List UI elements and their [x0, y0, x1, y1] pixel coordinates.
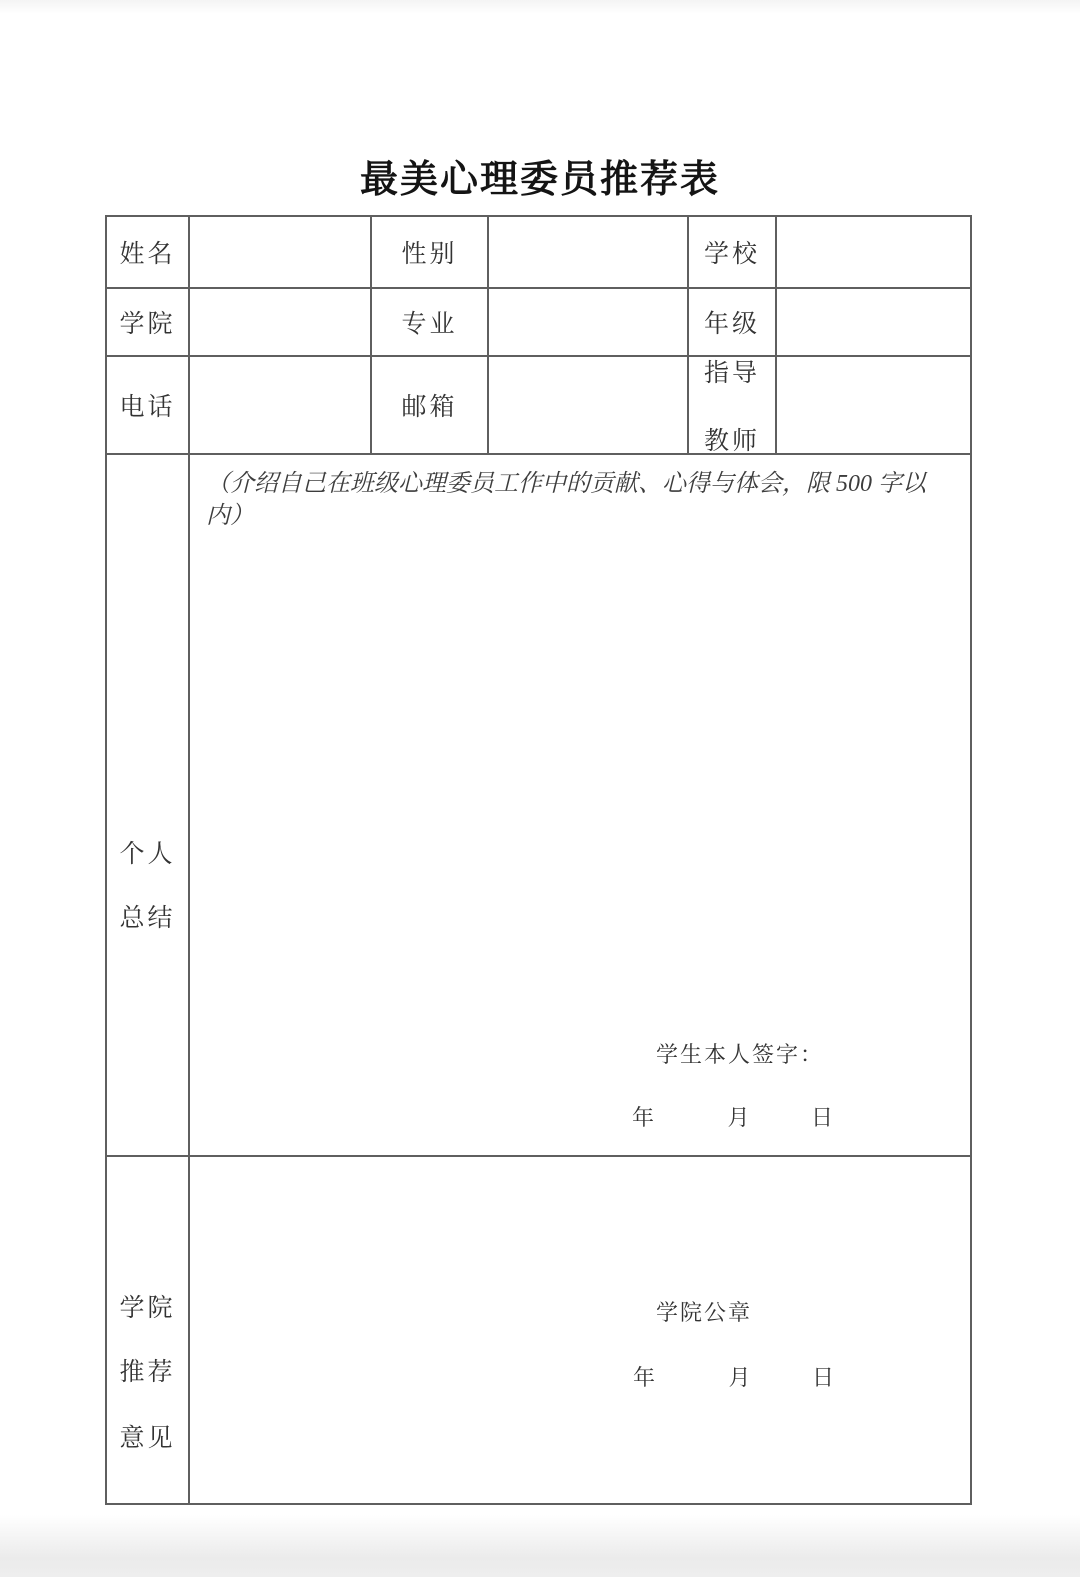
seal-date-year: 年 — [633, 1365, 655, 1390]
college-recommendation-content-wrap: 学院公章 年 月 日 — [190, 1158, 970, 1502]
page-title: 最美心理委员推荐表 — [0, 148, 1080, 203]
signature-date-day: 日 — [811, 1105, 833, 1130]
email-input-cell[interactable] — [488, 356, 688, 454]
phone-label-text: 电话 — [119, 394, 175, 421]
major-label: 专业 — [371, 288, 488, 356]
name-label-text: 姓名 — [119, 241, 175, 268]
college-recommendation-label-wrap: 学院 推荐 意见 — [107, 1158, 188, 1502]
table-row: 个人 总结 （介绍自己在班级心理委员工作中的贡献、心得与体会，限 500 字以内… — [106, 454, 971, 1156]
table-row: 电话 邮箱 指导 教师 — [106, 356, 971, 454]
advisor-label-line2: 教师 — [704, 421, 760, 457]
personal-summary-content-wrap: （介绍自己在班级心理委员工作中的贡献、心得与体会，限 500 字以内） 学生本人… — [190, 456, 970, 1154]
college-label: 学院 — [106, 288, 189, 356]
gender-label-text: 性别 — [401, 241, 457, 268]
personal-summary-label-line2: 总结 — [107, 906, 188, 932]
grade-input-cell[interactable] — [776, 288, 971, 356]
personal-summary-content-cell[interactable]: （介绍自己在班级心理委员工作中的贡献、心得与体会，限 500 字以内） 学生本人… — [189, 454, 971, 1156]
personal-summary-label-line1: 个人 — [107, 842, 188, 868]
table-row: 学院 专业 年级 — [106, 288, 971, 356]
recommendation-form-table: 姓名 性别 学校 学院 专业 年级 电话 邮箱 指导 教师 — [105, 215, 972, 1505]
major-input-cell[interactable] — [488, 288, 688, 356]
gender-input-cell[interactable] — [488, 216, 688, 288]
seal-date-line: 年 月 日 — [633, 1361, 834, 1392]
personal-summary-label-wrap: 个人 总结 — [107, 456, 188, 1154]
table-row: 学院 推荐 意见 学院公章 年 月 日 — [106, 1156, 971, 1504]
major-label-text: 专业 — [401, 311, 457, 338]
advisor-label-lines: 指导 教师 — [689, 358, 775, 452]
seal-date-month: 月 — [729, 1365, 751, 1390]
school-input-cell[interactable] — [776, 216, 971, 288]
page-bottom-shadow — [0, 1515, 1080, 1577]
name-input-cell[interactable] — [189, 216, 371, 288]
advisor-label-line1: 指导 — [704, 353, 760, 389]
document-page: 最美心理委员推荐表 姓名 性别 学校 学院 专业 年级 电话 — [0, 0, 1080, 1577]
college-recommendation-content-cell[interactable]: 学院公章 年 月 日 — [189, 1156, 971, 1504]
signature-date-month: 月 — [728, 1105, 750, 1130]
personal-summary-label: 个人 总结 — [106, 454, 189, 1156]
personal-summary-hint: （介绍自己在班级心理委员工作中的贡献、心得与体会，限 500 字以内） — [206, 468, 956, 532]
email-label: 邮箱 — [371, 356, 488, 454]
college-seal-label: 学院公章 — [656, 1296, 752, 1327]
college-input-cell[interactable] — [189, 288, 371, 356]
advisor-input-cell[interactable] — [776, 356, 971, 454]
phone-input-cell[interactable] — [189, 356, 371, 454]
college-recommendation-label-line1: 学院 — [107, 1296, 188, 1322]
student-signature-label: 学生本人签字： — [656, 1038, 824, 1069]
page-top-shadow — [0, 0, 1080, 14]
college-recommendation-label: 学院 推荐 意见 — [106, 1156, 189, 1504]
phone-label: 电话 — [106, 356, 189, 454]
college-recommendation-label-line3: 意见 — [107, 1426, 188, 1452]
grade-label-text: 年级 — [704, 311, 760, 338]
gender-label: 性别 — [371, 216, 488, 288]
signature-date-year: 年 — [632, 1105, 654, 1130]
college-recommendation-label-line2: 推荐 — [107, 1360, 188, 1386]
email-label-text: 邮箱 — [401, 394, 457, 421]
school-label: 学校 — [688, 216, 776, 288]
table-row: 姓名 性别 学校 — [106, 216, 971, 288]
seal-date-day: 日 — [812, 1365, 834, 1390]
name-label: 姓名 — [106, 216, 189, 288]
college-label-text: 学院 — [119, 311, 175, 338]
advisor-label: 指导 教师 — [688, 356, 776, 454]
signature-date-line: 年 月 日 — [632, 1101, 833, 1132]
school-label-text: 学校 — [704, 241, 760, 268]
grade-label: 年级 — [688, 288, 776, 356]
